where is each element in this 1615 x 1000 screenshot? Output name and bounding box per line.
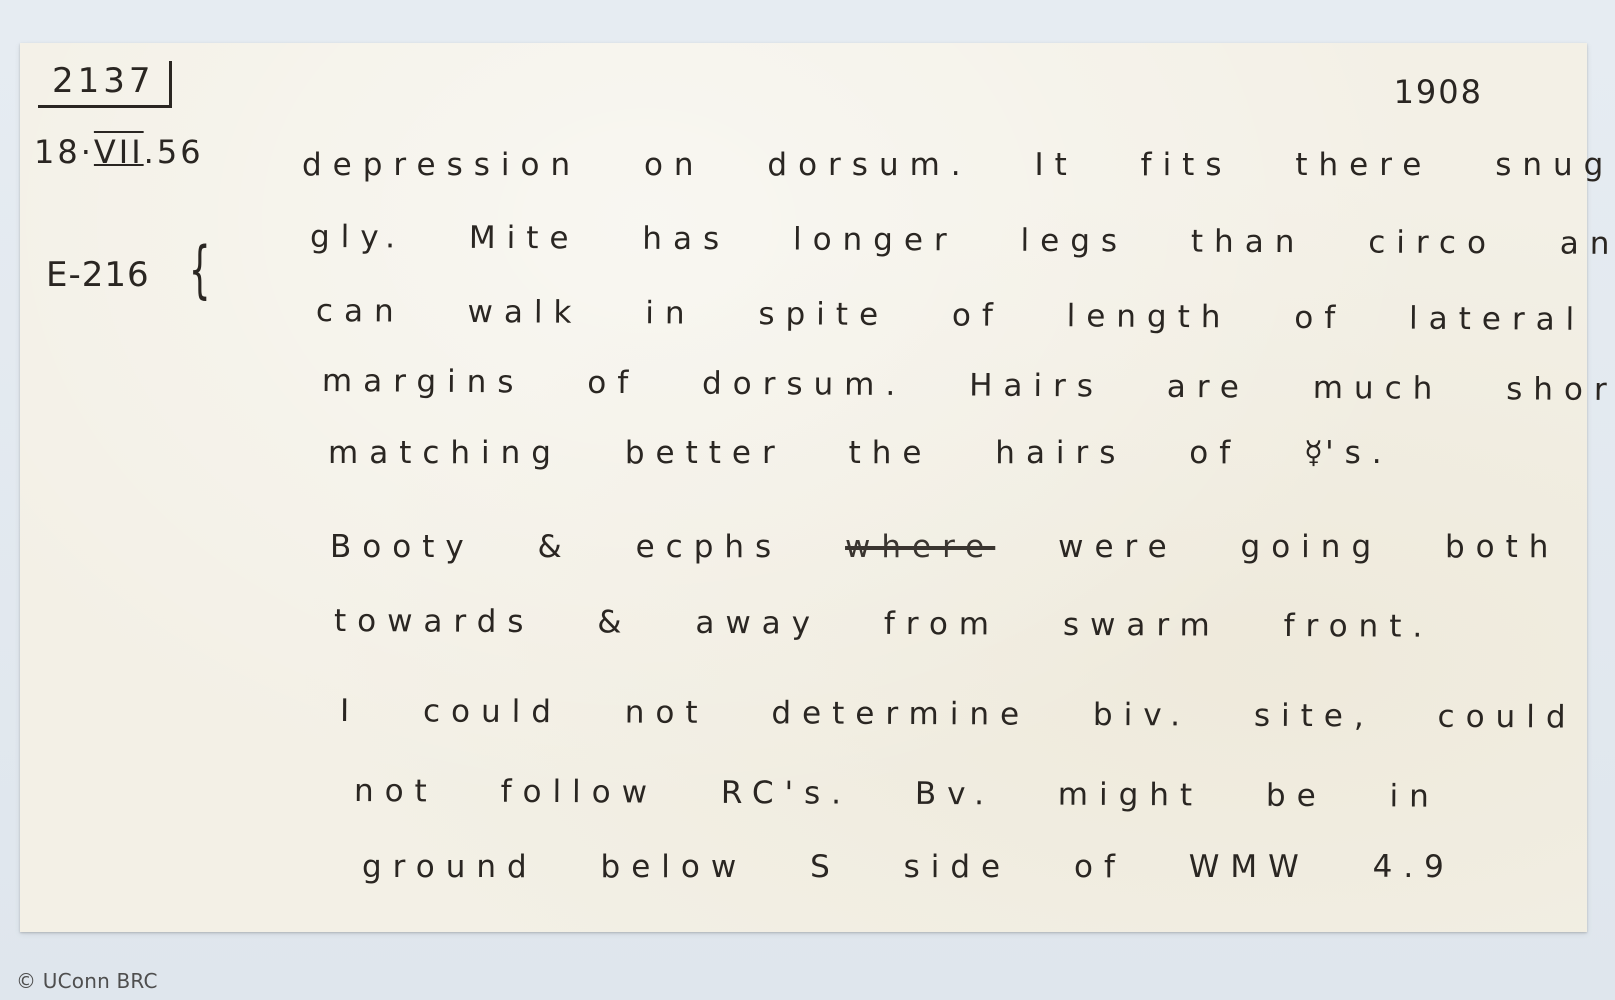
field-note-card: 2137 1908 18·VII.56 E-216 { depression o…	[20, 43, 1587, 932]
note-line-1: depression on dorsum. It fits there snug…	[302, 147, 1615, 183]
struck-out-word: where	[845, 529, 995, 565]
caste-suffix: 's.	[1325, 435, 1393, 471]
note-line-7: towards & away from swarm front.	[334, 603, 1433, 645]
note-line-6-text: Booty & ecphs	[330, 529, 782, 565]
note-line-6-continued: were going both	[1058, 529, 1559, 565]
curly-bracket-icon: {	[189, 239, 211, 301]
card-year: 1908	[1394, 73, 1483, 111]
note-line-10: ground below S side of WMW 4.9	[362, 849, 1455, 885]
specimen-code: E-216	[46, 255, 150, 295]
observation-date: 18·VII.56	[34, 133, 204, 171]
catalog-number: 2137	[38, 61, 172, 108]
note-line-4: margins of dorsum. Hairs are much shorte…	[322, 363, 1615, 409]
date-separator: .	[144, 133, 157, 171]
note-line-5: matching better the hairs of ☿'s.	[328, 435, 1393, 471]
note-line-9: not follow RC's. Bv. might be in	[354, 773, 1440, 815]
note-line-6: Booty & ecphs where were going both	[330, 529, 1559, 565]
worker-caste-symbol-icon: ☿	[1304, 435, 1325, 471]
date-separator: ·	[81, 133, 94, 171]
date-year: 56	[157, 133, 204, 171]
note-line-5-text: matching better the hairs of	[328, 435, 1241, 471]
copyright-notice: © UConn BRC	[16, 969, 158, 993]
date-month-roman: VII	[94, 133, 144, 171]
note-line-8: I could not determine biv. site, could	[340, 693, 1577, 735]
note-line-3: can walk in spite of length of lateral	[316, 293, 1586, 338]
date-day: 18	[34, 133, 81, 171]
note-line-2: gly. Mite has longer legs than circo and	[310, 219, 1615, 262]
